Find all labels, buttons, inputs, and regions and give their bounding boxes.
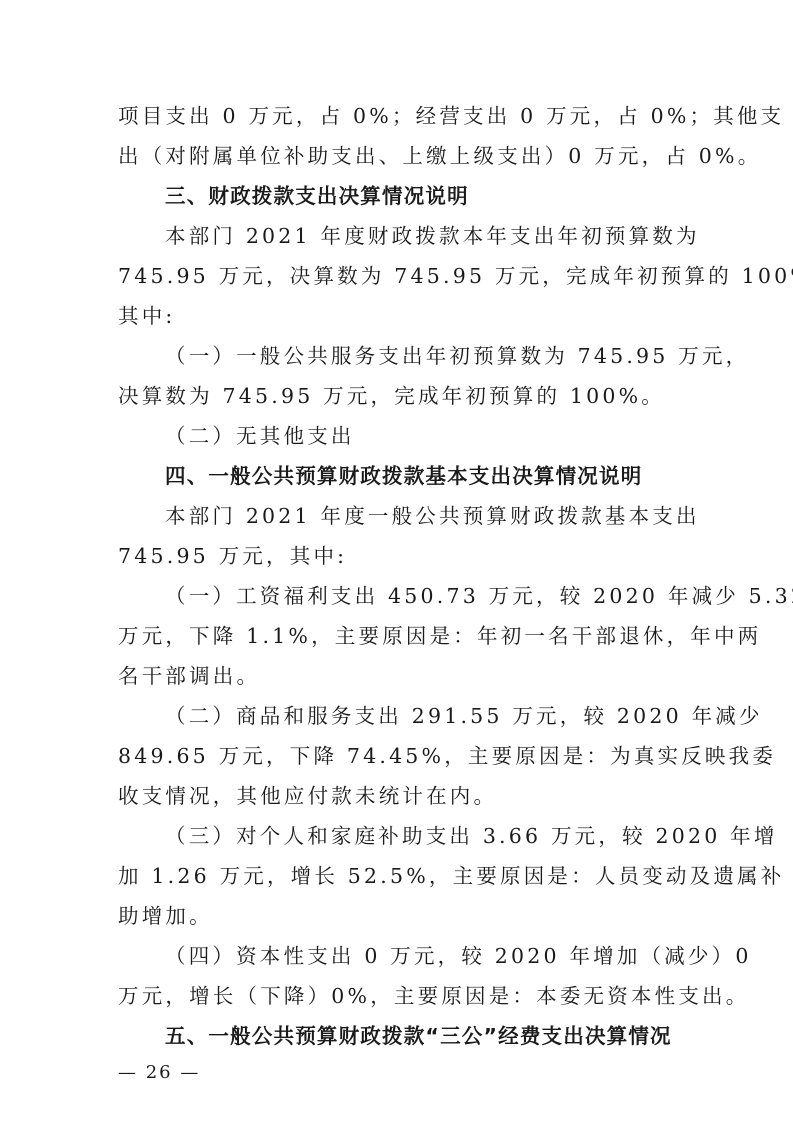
- paragraph-line: 项目支出 0 万元，占 0%；经营支出 0 万元，占 0%；其他支: [118, 102, 784, 130]
- paragraph-line: 849.65 万元，下降 74.45%，主要原因是：为真实反映我委: [118, 742, 776, 770]
- paragraph-line: （四）资本性支出 0 万元，较 2020 年增加（减少）0: [165, 942, 752, 970]
- paragraph-line: 出（对附属单位补助支出、上缴上级支出）0 万元，占 0%。: [118, 142, 761, 170]
- paragraph-line: 助增加。: [118, 902, 213, 930]
- paragraph-line: 本部门 2021 年度财政拨款本年支出年初预算数为: [165, 222, 700, 250]
- paragraph-line: 本部门 2021 年度一般公共预算财政拨款基本支出: [165, 502, 700, 530]
- paragraph-line: 收支情况，其他应付款未统计在内。: [118, 782, 497, 810]
- paragraph-line: （三）对个人和家庭补助支出 3.66 万元，较 2020 年增: [165, 822, 778, 850]
- paragraph-line: 万元，增长（下降）0%，主要原因是：本委无资本性支出。: [118, 982, 749, 1010]
- paragraph-line: 其中:: [118, 302, 176, 330]
- paragraph-line: （一）工资福利支出 450.73 万元，较 2020 年减少 5.32: [165, 582, 793, 610]
- paragraph-line: 745.95 万元，决算数为 745.95 万元，完成年初预算的 100%。: [118, 262, 793, 290]
- paragraph-line: 决算数为 745.95 万元，完成年初预算的 100%。: [118, 382, 665, 410]
- page-number: — 26 —: [118, 1062, 200, 1083]
- section-heading-5: 五、一般公共预算财政拨款“三公”经费支出决算情况: [165, 1022, 672, 1050]
- paragraph-line: 万元，下降 1.1%，主要原因是：年初一名干部退休，年中两: [118, 622, 761, 650]
- paragraph-line: 加 1.26 万元，增长 52.5%，主要原因是：人员变动及遗属补: [118, 862, 784, 890]
- paragraph-line: 745.95 万元，其中:: [118, 542, 347, 570]
- paragraph-line: （一）一般公共服务支出年初预算数为 745.95 万元，: [165, 342, 749, 370]
- section-heading-3: 三、财政拨款支出决算情况说明: [165, 182, 469, 210]
- section-heading-4: 四、一般公共预算财政拨款基本支出决算情况说明: [165, 462, 642, 490]
- paragraph-line: （二）无其他支出: [165, 422, 355, 450]
- paragraph-line: （二）商品和服务支出 291.55 万元，较 2020 年减少: [165, 702, 763, 730]
- paragraph-line: 名干部调出。: [118, 662, 260, 690]
